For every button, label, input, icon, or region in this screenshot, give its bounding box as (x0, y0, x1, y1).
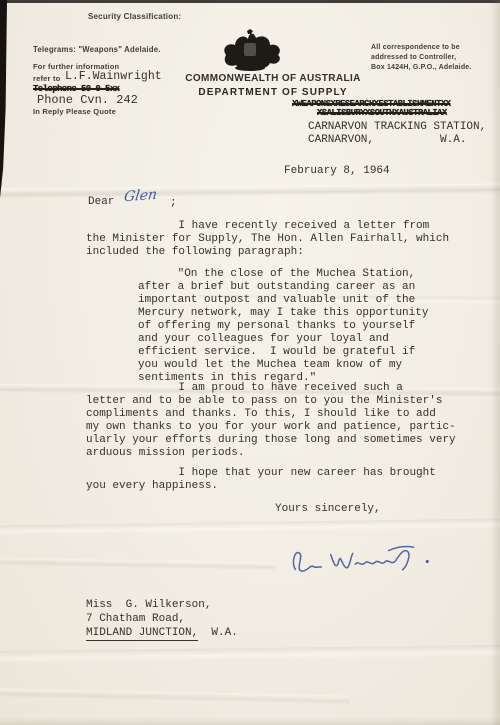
phone-number: Phone Cvn. 242 (37, 93, 138, 107)
dept-name: DEPARTMENT OF SUPPLY (163, 87, 383, 98)
salutation-label: Dear (88, 196, 114, 209)
correspondence-note-line1: All correspondence to be (371, 43, 472, 53)
paper-crease (0, 519, 500, 536)
org-name: COMMONWEALTH OF AUSTRALIA (163, 73, 383, 84)
paper-crease (0, 558, 275, 571)
scan-edge-left (0, 0, 7, 198)
station-location: CARNARVON, W.A. (308, 134, 466, 147)
scanned-letter-page: Security Classification: Telegrams: "Wea… (0, 0, 500, 725)
paragraph-intro: I have recently received a letter from t… (86, 220, 449, 259)
scan-edge-right (490, 0, 500, 725)
closing-valediction: Yours sincerely, (275, 503, 381, 516)
scan-edge-top (0, 0, 500, 3)
contact-name: L.F.Wainwright (65, 70, 162, 83)
recipient-city-underlined: MIDLAND JUNCTION, (86, 627, 198, 641)
paper-crease (0, 645, 500, 663)
refer-to-label: refer to (33, 74, 60, 83)
correspondence-note-line2: addressed to Controller, (371, 53, 472, 63)
signature-handwriting (284, 534, 438, 584)
struck-address-line-2: XSALISBURYXSOUTHXAUSTRALIAX (317, 108, 447, 118)
station-name: CARNARVON TRACKING STATION, (308, 121, 486, 134)
telegrams-line: Telegrams: "Weapons" Adelaide. (33, 45, 161, 54)
paper-crease (0, 688, 350, 704)
correspondence-note-line3: Box 1424H, G.P.O., Adelaide. (371, 63, 472, 73)
recipient-name: Miss G. Wilkerson, (86, 599, 211, 612)
quoted-paragraph: "On the close of the Muchea Station, aft… (138, 268, 428, 385)
reply-quote-note: In Reply Please Quote (33, 107, 116, 116)
paper-crease (0, 183, 500, 198)
paragraph-wish: I hope that your new career has brought … (86, 467, 436, 493)
recipient-state: W.A. (198, 627, 238, 639)
scan-edge-bottom (0, 717, 500, 725)
letter-date: February 8, 1964 (284, 165, 390, 178)
salutation-name-handwritten: Glen (123, 187, 158, 205)
coat-of-arms-icon (214, 29, 286, 73)
security-classification-label: Security Classification: (88, 12, 181, 21)
paragraph-thanks: I am proud to have received such a lette… (86, 382, 456, 460)
recipient-city-line: MIDLAND JUNCTION, W.A. (86, 627, 238, 641)
salutation-punctuation: ; (170, 197, 177, 210)
recipient-street: 7 Chatham Road, (86, 613, 185, 626)
